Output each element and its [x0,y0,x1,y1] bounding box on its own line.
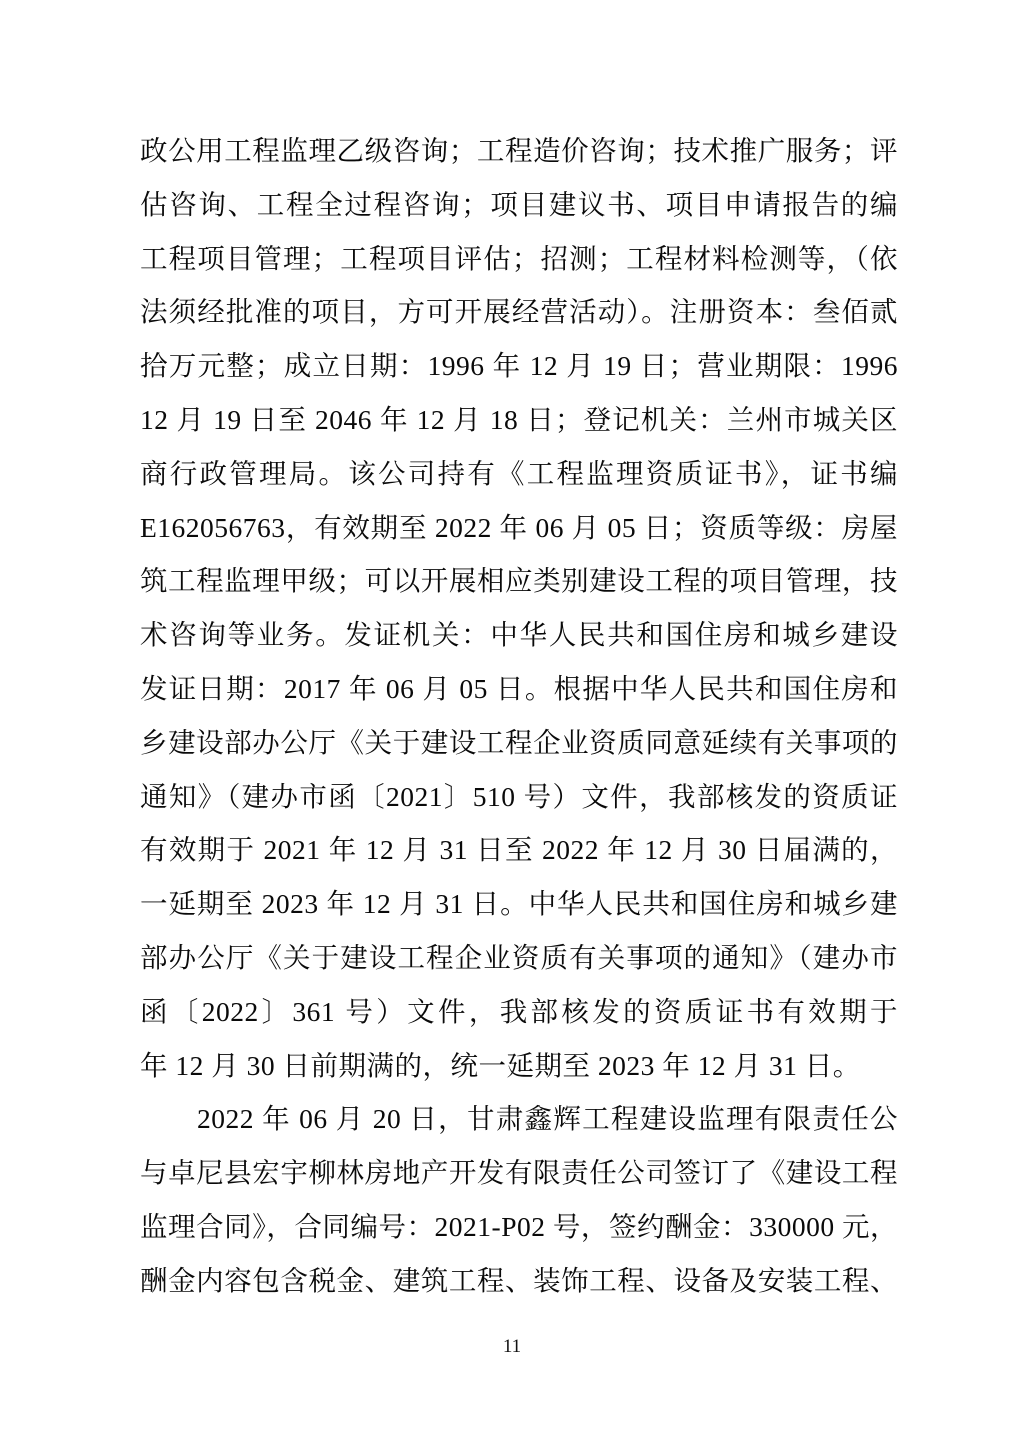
text-line: 2022 年 06 月 20 日，甘肃鑫辉工程建设监理有限责任公司 [140,1092,898,1146]
page-footer: 11 [0,1334,1024,1360]
text-line: E162056763，有效期至 2022 年 06 月 05 日；资质等级：房屋… [140,501,898,555]
text-line: 有效期于 2021 年 12 月 31 日至 2022 年 12 月 30 日届… [140,823,898,877]
text-line: 乡建设部办公厅《关于建设工程企业资质同意延续有关事项的 [140,716,898,770]
text-line: 部办公厅《关于建设工程企业资质有关事项的通知》（建办市 [140,931,898,985]
paragraph: 政公用工程监理乙级咨询；工程造价咨询；技术推广服务；评估咨询、工程全过程咨询；项… [140,124,898,1092]
text-line: 函〔2022〕361 号）文件，我部核发的资质证书有效期于 2023 [140,985,898,1039]
text-line: 术咨询等业务。发证机关：中华人民共和国住房和城乡建设部， [140,608,898,662]
text-line: 酬金内容包含税金、建筑工程、装饰工程、设备及安装工程、 [140,1254,898,1308]
text-line: 通知》（建办市函〔2021〕510 号）文件，我部核发的资质证书 [140,770,898,824]
text-line: 商行政管理局。该公司持有《工程监理资质证书》，证书编号： [140,447,898,501]
text-line: 年 12 月 30 日前期满的，统一延期至 2023 年 12 月 31 日。 [140,1039,898,1093]
document-body: 政公用工程监理乙级咨询；工程造价咨询；技术推广服务；评估咨询、工程全过程咨询；项… [140,124,898,1308]
document-page: 政公用工程监理乙级咨询；工程造价咨询；技术推广服务；评估咨询、工程全过程咨询；项… [0,0,1024,1448]
text-line: 政公用工程监理乙级咨询；工程造价咨询；技术推广服务；评 [140,124,898,178]
text-line: 估咨询、工程全过程咨询；项目建议书、项目申请报告的编制； [140,178,898,232]
text-line: 法须经批准的项目，方可开展经营活动）。注册资本：叁佰贰 [140,285,898,339]
text-line: 发证日期：2017 年 06 月 05 日。根据中华人民共和国住房和城 [140,662,898,716]
text-line: 与卓尼县宏宇柳林房地产开发有限责任公司签订了《建设工程 [140,1146,898,1200]
text-line: 筑工程监理甲级；可以开展相应类别建设工程的项目管理，技 [140,554,898,608]
text-line: 监理合同》，合同编号：2021-P02 号，签约酬金：330000 元， [140,1200,898,1254]
page-number: 11 [503,1336,521,1357]
text-line: 工程项目管理；工程项目评估；招测；工程材料检测等，（依 [140,232,898,286]
text-line: 一延期至 2023 年 12 月 31 日。中华人民共和国住房和城乡建设 [140,877,898,931]
text-line: 拾万元整；成立日期：1996 年 12 月 19 日；营业期限：1996 年 [140,339,898,393]
paragraph: 2022 年 06 月 20 日，甘肃鑫辉工程建设监理有限责任公司与卓尼县宏宇柳… [140,1092,898,1307]
text-line: 12 月 19 日至 2046 年 12 月 18 日；登记机关：兰州市城关区工 [140,393,898,447]
